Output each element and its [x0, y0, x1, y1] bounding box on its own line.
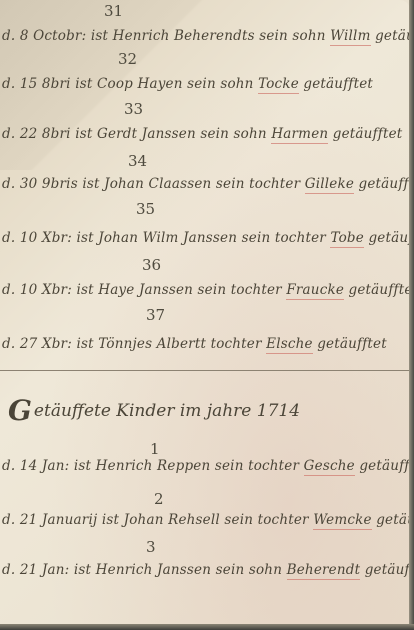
child-name: Gesche	[304, 458, 355, 476]
entry-text: ist Henrich Beherendts sein sohn	[91, 28, 326, 44]
register-entry: d. 21 Januarij ist Johan Rehsell sein to…	[2, 512, 402, 528]
entry-number: 36	[142, 256, 161, 274]
entry-number: 34	[128, 152, 147, 170]
entry-date: d. 27 Xbr:	[2, 336, 72, 352]
entry-number: 3	[146, 538, 156, 556]
heading-initial: G	[8, 394, 32, 427]
entry-number: 2	[154, 490, 164, 508]
register-entry: d. 22 8bri ist Gerdt Janssen sein sohn H…	[2, 126, 402, 142]
child-name: Elsche	[266, 336, 313, 354]
entry-date: d. 21 Januarij	[2, 512, 97, 528]
entry-text: ist Coop Hayen sein sohn	[75, 76, 253, 92]
entry-end: getäufftet	[333, 126, 403, 142]
child-name: Fraucke	[286, 282, 344, 300]
register-entry: d. 30 9bris ist Johan Claassen sein toch…	[2, 176, 402, 192]
child-name: Gilleke	[305, 176, 354, 194]
entry-number: 35	[136, 200, 155, 218]
entry-end: getäufftet	[365, 562, 414, 578]
entry-date: d. 10 Xbr:	[2, 282, 72, 298]
entry-end: getäufftet	[359, 458, 414, 474]
page-edge-right	[409, 0, 414, 630]
entry-date: d. 22 8bri	[2, 126, 71, 142]
entry-number: 32	[118, 50, 137, 68]
entry-text: ist Gerdt Janssen sein sohn	[75, 126, 267, 142]
child-name: Harmen	[271, 126, 328, 144]
section-heading: Getäuffete Kinder im jahre 1714	[8, 394, 300, 427]
register-entry: d. 10 Xbr: ist Johan Wilm Janssen sein t…	[2, 230, 402, 246]
section-divider	[0, 370, 412, 371]
child-name: Beherendt	[287, 562, 361, 580]
register-entry: d. 27 Xbr: ist Tönnjes Albertt tochter E…	[2, 336, 402, 352]
child-name: Wemcke	[313, 512, 372, 530]
entry-text: ist Johan Wilm Janssen sein tochter	[76, 230, 325, 246]
entry-end: getäufft	[368, 230, 414, 246]
entry-text: ist Henrich Janssen sein sohn	[74, 562, 282, 578]
entry-number: 31	[104, 2, 123, 20]
entry-number: 37	[146, 306, 165, 324]
entry-date: d. 30 9bris	[2, 176, 78, 192]
manuscript-page: 31 d. 8 Octobr: ist Henrich Beherendts s…	[0, 0, 410, 624]
entry-end: getäufftet	[349, 282, 414, 298]
entry-text: ist Haye Janssen sein tochter	[76, 282, 281, 298]
entry-end: getäufftet	[359, 176, 414, 192]
entry-text: ist Tönnjes Albertt tochter	[76, 336, 261, 352]
register-entry: d. 15 8bri ist Coop Hayen sein sohn Tock…	[2, 76, 402, 92]
entry-text: ist Henrich Reppen sein tochter	[74, 458, 299, 474]
register-entry: d. 21 Jan: ist Henrich Janssen sein sohn…	[2, 562, 402, 578]
entry-end: getäufftet	[317, 336, 387, 352]
child-name: Tobe	[330, 230, 364, 248]
child-name: Tocke	[258, 76, 299, 94]
entry-date: d. 21 Jan:	[2, 562, 69, 578]
entry-number: 1	[150, 440, 160, 458]
entry-text: ist Johan Claassen sein tochter	[82, 176, 300, 192]
entry-date: d. 8 Octobr:	[2, 28, 86, 44]
entry-date: d. 10 Xbr:	[2, 230, 72, 246]
register-entry: d. 8 Octobr: ist Henrich Beherendts sein…	[2, 28, 402, 44]
entry-end: getäufftet	[303, 76, 373, 92]
entry-date: d. 15 8bri	[2, 76, 71, 92]
heading-text: etäuffete Kinder im jahre 1714	[34, 401, 300, 421]
entry-number: 33	[124, 100, 143, 118]
entry-date: d. 14 Jan:	[2, 458, 69, 474]
register-entry: d. 14 Jan: ist Henrich Reppen sein tocht…	[2, 458, 402, 474]
child-name: Willm	[330, 28, 370, 46]
page-edge-bottom	[0, 624, 414, 630]
entry-text: ist Johan Rehsell sein tochter	[102, 512, 309, 528]
register-entry: d. 10 Xbr: ist Haye Janssen sein tochter…	[2, 282, 402, 298]
